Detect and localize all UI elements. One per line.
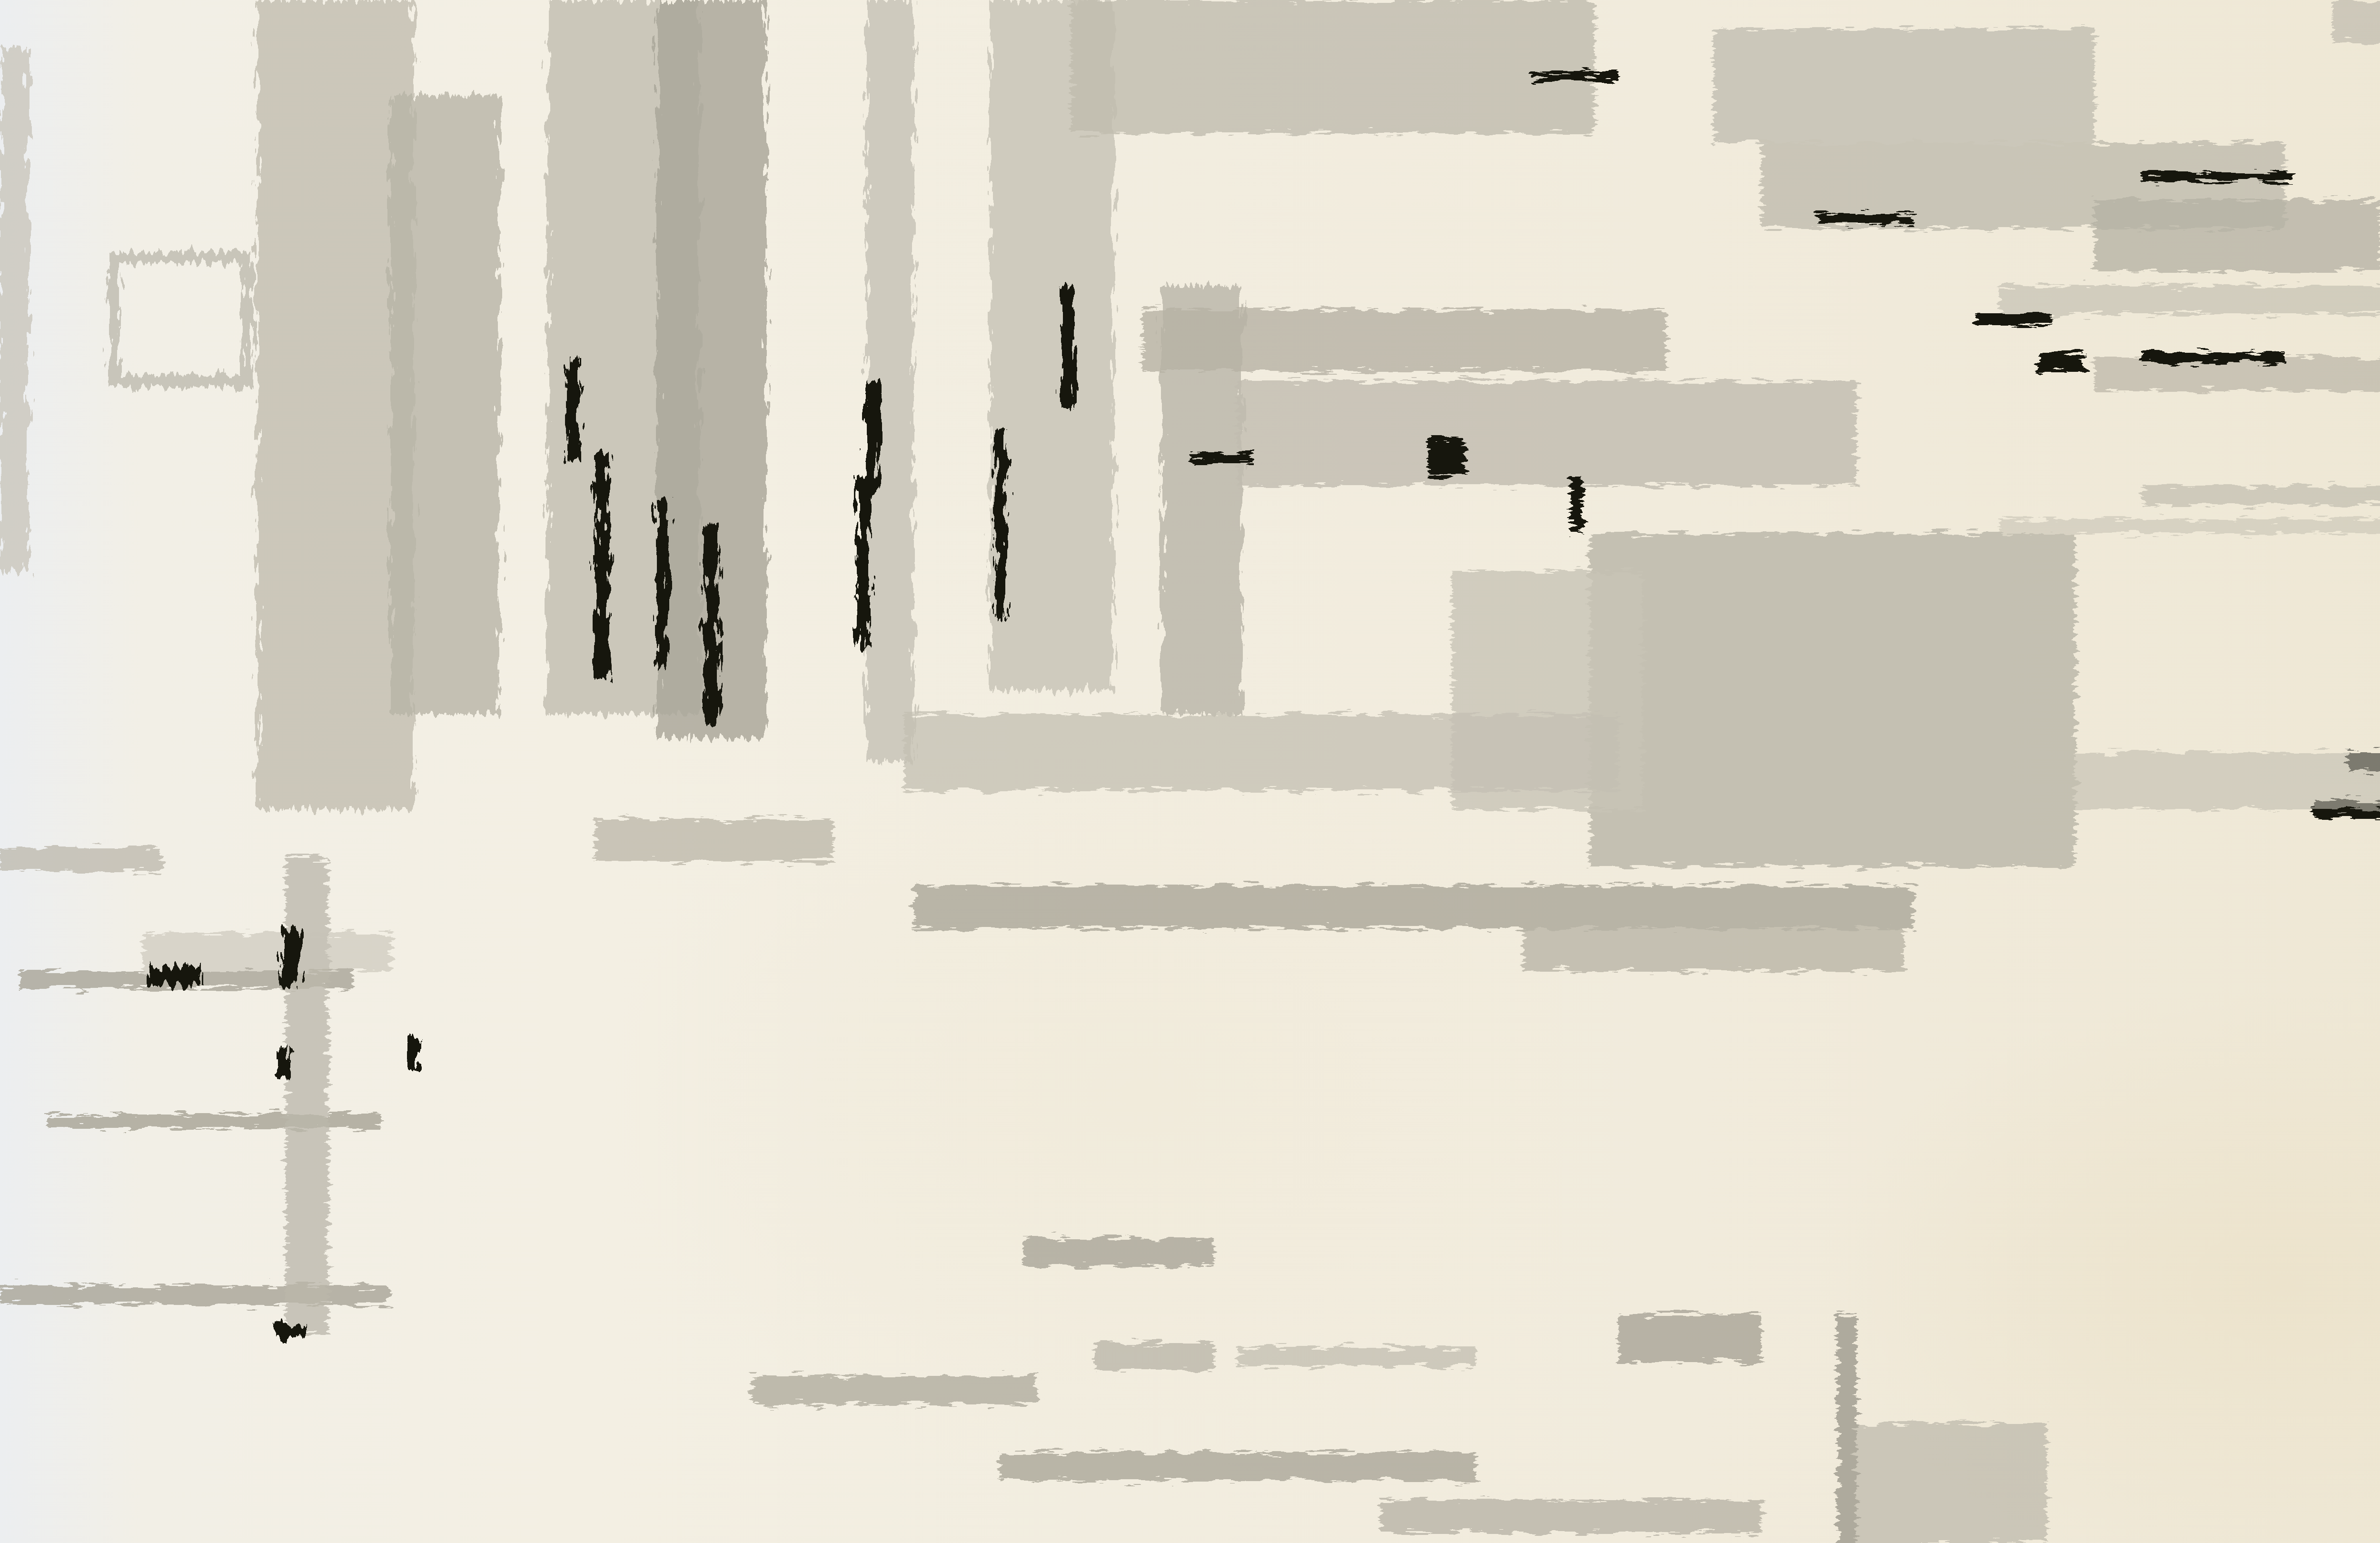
rug-pattern	[0, 0, 2380, 1543]
lower-middle-marks	[752, 1238, 2047, 1543]
right-grey-ladder	[2075, 752, 2380, 809]
rug-photo: Cream pile rug with distressed grey and …	[0, 0, 2380, 1543]
left-vertical-bands	[0, 0, 1242, 809]
lower-left-black-marks	[148, 928, 420, 1338]
lower-left-marks	[0, 847, 390, 1333]
